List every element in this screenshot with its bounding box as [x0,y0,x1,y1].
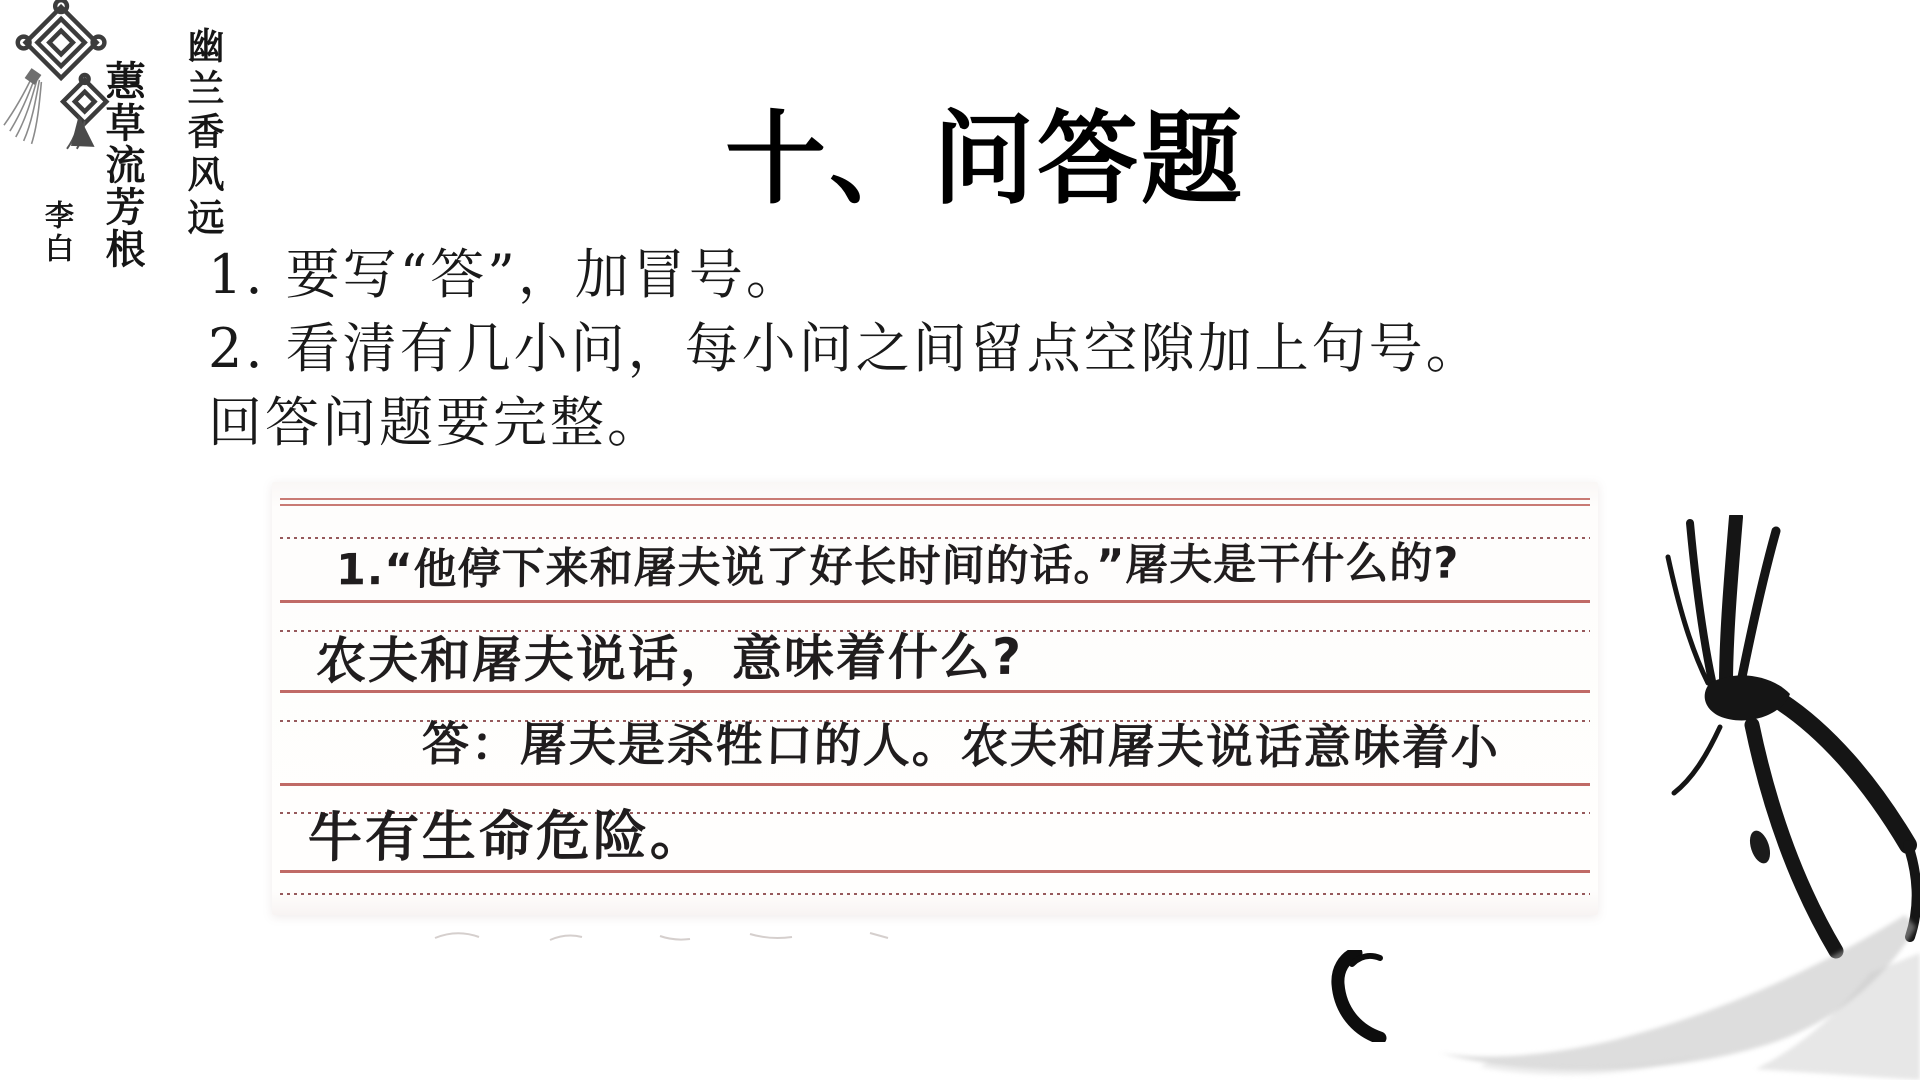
handwriting-line-2: 农夫和屠夫说话，意味着什么? [316,632,1024,686]
paper-rule-solid [280,600,1590,603]
handwriting-line-3: 答：屠夫是杀牲口的人。农夫和屠夫说话意味着小 [422,721,1501,772]
handwritten-answer-photo: 1.“他停下来和屠夫说了好长时间的话。”屠夫是干什么的? 农夫和屠夫说话，意味着… [272,482,1598,915]
pencil-marks [430,924,900,950]
poem-author: 李白 [38,200,79,266]
paper-rule-solid [280,783,1590,786]
poem-line-1: 幽兰香风远 [176,26,230,241]
handwriting-line-1: 1.“他停下来和屠夫说了好长时间的话。”屠夫是干什么的? [336,543,1460,593]
paper-rule-solid [280,870,1590,873]
slide-title: 十、问答题 [725,78,1245,223]
ink-wash-shadow [1400,903,1920,1080]
instruction-list: 1. 要写“答”，加冒号。 2. 看清有几小问，每小问之间留点空隙加上句号。 回… [208,238,1483,460]
handwriting-line-4: 牛有生命危险。 [308,809,708,865]
paper-rule-solid [280,690,1590,693]
instruction-item-1: 1. 要写“答”，加冒号。 [208,238,1483,312]
paper-rule-solid [280,498,1590,500]
instruction-item-2: 2. 看清有几小问，每小问之间留点空隙加上句号。 [208,312,1483,386]
poem-line-2: 蕙草流芳根 [94,60,151,270]
paper-rule-solid [280,504,1590,506]
instruction-item-3: 回答问题要完整。 [208,386,1483,460]
ink-brush-mark [1322,950,1392,1042]
paper-rule-dotted [280,893,1590,895]
slide-canvas: 幽兰香风远 蕙草流芳根 李白 十、问答题 1. 要写“答”，加冒号。 2. 看清… [0,0,1920,1080]
